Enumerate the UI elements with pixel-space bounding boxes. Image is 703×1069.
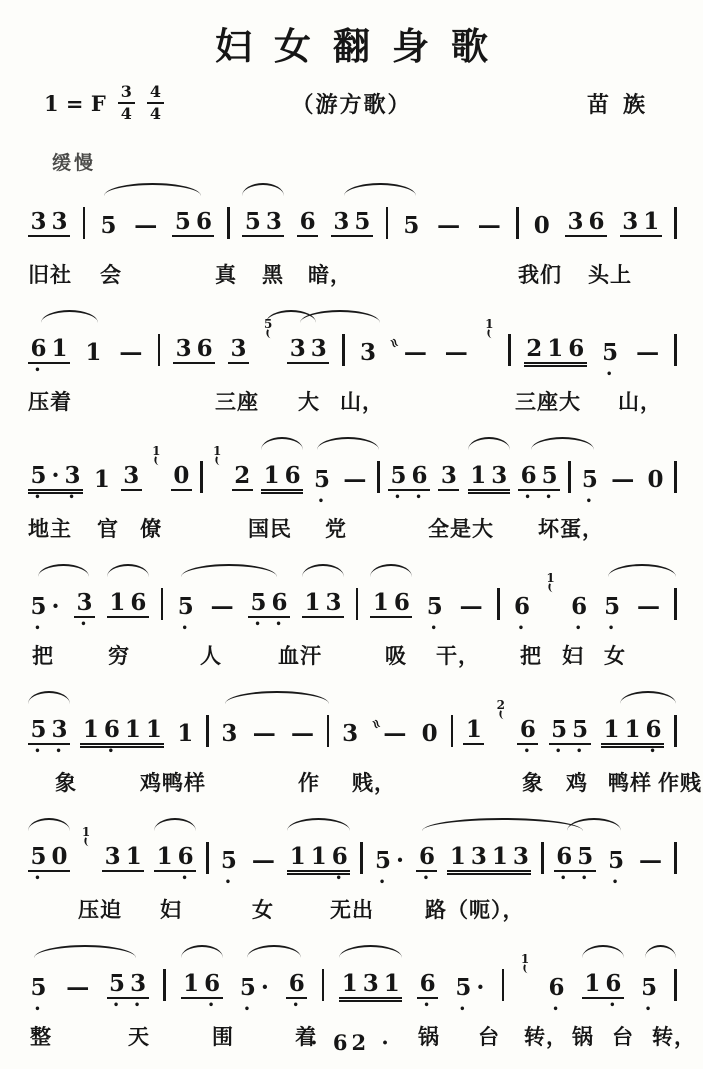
lyric-syllable: 人 [200, 644, 222, 669]
note-digit: 3 [340, 722, 361, 745]
note-group: 1 [91, 468, 112, 491]
music-line: 5•·3•165•—5•6•13165•—6•16•5•— 把穷人血汗吸干，把妇… [0, 558, 703, 672]
grace-note: 1 [521, 953, 529, 965]
octave-dot: • [415, 493, 423, 503]
octave-dot: • [649, 747, 657, 757]
note-group: 5•· [453, 976, 487, 999]
dash-note: — [249, 849, 277, 872]
slur [225, 691, 329, 704]
time-signature: 3 4 [118, 84, 135, 122]
lyric-syllable: 象 [522, 771, 544, 796]
note-digit: 3 [28, 210, 49, 233]
note-group: 1 [175, 722, 196, 745]
note-digit: 2 [232, 464, 253, 487]
time-sig-numerator: 3 [118, 84, 135, 104]
note-digit: 6• [643, 718, 664, 741]
note-digit: 1 [641, 210, 662, 233]
dash-note: — [289, 722, 317, 745]
tempo-marking: 缓慢 [52, 148, 703, 175]
octave-dot: • [524, 747, 532, 757]
note-digit: 1 [302, 591, 323, 614]
slur [645, 945, 676, 958]
dash-note: — [64, 976, 92, 999]
bar-line [377, 461, 380, 493]
note-digit: 6 [566, 337, 587, 360]
note-group: 35 [331, 210, 373, 237]
bar-line [502, 969, 505, 1001]
lyric-syllable: 作贱! [658, 771, 703, 796]
time-signature: 4 4 [147, 84, 164, 122]
notation-row: 5•—5•3•16•5•·6•1316•5•·16•16•5• [28, 939, 677, 1015]
note-group: 3 [228, 337, 249, 364]
lyrics-row: 地主官僚国民党全是大坏蛋， [0, 517, 703, 545]
note-group: 5•· [237, 976, 271, 999]
bar-line [674, 461, 677, 493]
note-digit: 6• [569, 595, 590, 618]
lyric-syllable: 女 [604, 644, 626, 669]
note-digit: — [341, 468, 369, 491]
lyric-syllable: 头上 [588, 263, 632, 288]
slur [302, 564, 344, 577]
slur [247, 945, 301, 958]
notation-row: 6•11—3635333≈——12165•— [28, 304, 677, 380]
music-line: 5•3•16•1113——3≈—0126•5•5•116• 象鸡鸭样作贱，象鸡鸭… [0, 685, 703, 799]
note-digit: 1 [622, 718, 643, 741]
song-title: 妇女翻身歌 [0, 0, 703, 74]
bar-line [158, 334, 161, 366]
note-digit: · [49, 595, 62, 618]
music-line: 335—56536355——03631 旧社会真黑暗，我们头上 [0, 177, 703, 291]
dash-note: — [381, 722, 409, 745]
octave-dot: • [34, 874, 42, 884]
note-digit: 3 [331, 210, 352, 233]
note-group: 5• [311, 468, 332, 491]
lyric-syllable: 血汗 [278, 644, 322, 669]
bar-line [674, 334, 677, 366]
lyrics-row: 压着三座大山，三座大山， [0, 390, 703, 418]
bar-line [674, 715, 677, 747]
octave-dot: • [379, 878, 387, 888]
dash-note: — [442, 341, 470, 364]
octave-dot: • [423, 1001, 431, 1011]
lyrics-row: 象鸡鸭样作贱，象鸡鸭样作贱! [0, 771, 703, 799]
note-group: 5•6• [388, 464, 430, 491]
note-digit: 1 [447, 845, 468, 868]
note-group: 6•5• [518, 464, 560, 491]
dash-note: — [341, 468, 369, 491]
note-digit: · [49, 464, 62, 487]
note-group: 5• [579, 468, 600, 491]
octave-dot: • [394, 493, 402, 503]
note-digit: 5• [107, 972, 128, 995]
note-group: 5• [602, 595, 623, 618]
octave-dot: • [609, 1001, 617, 1011]
bar-line [206, 842, 209, 874]
slur [107, 564, 149, 577]
slur [181, 564, 277, 577]
lyric-syllable: 官 [97, 517, 119, 542]
note-digit: 1 [339, 972, 360, 995]
note-digit: 3 [173, 337, 194, 360]
bar-line [327, 715, 330, 747]
bar-line [674, 969, 677, 1001]
note-digit: 0 [531, 214, 552, 237]
note-group: 1 [83, 341, 104, 364]
lyric-syllable: 作 [298, 771, 320, 796]
note-group: 5 [98, 214, 119, 237]
note-digit: 1 [287, 845, 308, 868]
note-digit: 1 [80, 718, 101, 741]
note-group: 216 [524, 337, 587, 364]
note-digit: 5• [248, 591, 269, 614]
lyric-syllable: 地主 [28, 517, 72, 542]
note-digit: 3 [323, 591, 344, 614]
note-digit: — [435, 214, 463, 237]
octave-dot: • [560, 874, 568, 884]
note-digit: 6• [101, 718, 122, 741]
octave-dot: • [55, 747, 63, 757]
slur [28, 691, 70, 704]
note-digit: 6 [297, 210, 318, 233]
note-group: 0 [171, 464, 192, 491]
note-digit: 1 [468, 464, 489, 487]
note-group: 5•5• [549, 718, 591, 745]
bar-line [200, 461, 203, 493]
note-digit: 3 [287, 337, 308, 360]
note-group: 16•11 [80, 718, 164, 745]
note-digit: — [475, 214, 503, 237]
octave-dot: • [431, 624, 439, 634]
header-row: 1 = F 3 4 4 4 （游方歌） 苗族 [0, 74, 703, 122]
notation-row: 5•013116•5•—116•5•·6•13136•5•5•— [28, 812, 677, 888]
note-digit: 3 [263, 210, 284, 233]
note-group: 3 [438, 464, 459, 491]
octave-dot: • [134, 1001, 142, 1011]
note-digit: 0 [49, 845, 70, 868]
note-digit: 5 [352, 210, 373, 233]
note-digit: 6• [269, 591, 290, 614]
note-digit: · [258, 976, 271, 999]
note-digit: — [250, 722, 278, 745]
note-digit: 1 [601, 718, 622, 741]
slur [104, 183, 201, 196]
note-digit: 5• [639, 976, 660, 999]
octave-dot: • [555, 747, 563, 757]
slur [34, 945, 136, 958]
octave-dot: • [244, 1005, 252, 1015]
note-digit: — [117, 341, 145, 364]
note-digit: 6• [546, 976, 567, 999]
note-digit: — [289, 722, 317, 745]
dash-note: — [117, 341, 145, 364]
note-digit: · [394, 849, 407, 872]
note-group: 13 [468, 464, 510, 491]
note-digit: — [635, 595, 663, 618]
note-digit: 1 [154, 845, 175, 868]
note-digit: 5• [388, 464, 409, 487]
note-digit: 1 [545, 337, 566, 360]
lyric-syllable: 僚 [140, 517, 162, 542]
note-digit: 1 [582, 972, 603, 995]
note-group: 3 [121, 464, 142, 491]
bar-line [568, 461, 571, 493]
note-digit: 6• [511, 595, 532, 618]
note-digit: 3 [438, 464, 459, 487]
octave-dot: • [645, 1005, 653, 1015]
lyric-syllable: 穷 [108, 644, 130, 669]
bar-line [516, 207, 519, 239]
dash-note: — [475, 214, 503, 237]
note-group: 5•0 [28, 845, 70, 872]
note-digit: — [442, 341, 470, 364]
note-group: 31 [102, 845, 144, 872]
octave-dot: • [423, 874, 431, 884]
note-group: 16 [261, 464, 303, 491]
lyric-syllable: 鸡 [566, 771, 588, 796]
note-digit: 6• [416, 845, 437, 868]
note-group: 5•· [28, 595, 62, 618]
lyric-syllable: 象 [55, 771, 77, 796]
slur [41, 310, 98, 323]
lyric-syllable: 国民 [248, 517, 292, 542]
note-group: 131 [339, 972, 402, 999]
note-group: 6• [286, 972, 307, 999]
octave-dot: • [581, 874, 589, 884]
note-digit: 5• [218, 849, 239, 872]
bar-line [342, 334, 345, 366]
note-digit: 5• [28, 845, 49, 868]
note-group: 2 [232, 464, 253, 491]
note-digit: 1 [91, 468, 112, 491]
dash-note: — [634, 341, 662, 364]
note-digit: 1 [49, 337, 70, 360]
lyric-syllable: 旧社 [28, 263, 72, 288]
note-digit: 3 [489, 464, 510, 487]
lyric-syllable: 三座大 [515, 390, 581, 415]
bar-line [508, 334, 511, 366]
octave-dot: • [181, 874, 189, 884]
note-digit: 1 [370, 591, 391, 614]
note-digit: 5 [242, 210, 263, 233]
note-group: 5• [218, 849, 239, 872]
lyric-syllable: 暗， [308, 263, 352, 288]
lyric-syllable: 无出 [330, 898, 374, 923]
note-digit: 5• [539, 464, 560, 487]
lyrics-row: 旧社会真黑暗，我们头上 [0, 263, 703, 291]
note-digit: 5 [401, 214, 422, 237]
bar-line [227, 207, 230, 239]
note-digit: 5• [606, 849, 627, 872]
note-group: 0 [645, 468, 666, 491]
slur [422, 818, 583, 831]
lyric-syllable: 大 [298, 390, 320, 415]
bar-line [541, 842, 544, 874]
bar-line [674, 588, 677, 620]
note-group: 0 [531, 214, 552, 237]
lyric-syllable: 吸 [385, 644, 407, 669]
note-group: 5•· [373, 849, 407, 872]
lyric-syllable: 路（呃）， [425, 898, 525, 923]
notation-row: 5•3•16•1113——3≈—0126•5•5•116• [28, 685, 677, 761]
note-digit: 0 [645, 468, 666, 491]
glissando-mark: ≈ [376, 335, 401, 355]
octave-dot: • [576, 747, 584, 757]
note-group: 6• [517, 718, 538, 745]
octave-dot: • [68, 493, 76, 503]
lyric-syllable: 妇 [160, 898, 182, 923]
notation-row: 5•·3•131012165•—5•6•3136•5•5•—0 [28, 431, 677, 507]
slur [38, 564, 89, 577]
lyric-syllable: 我们 [518, 263, 562, 288]
slur [28, 818, 70, 831]
slur [608, 564, 676, 577]
slur [154, 818, 196, 831]
note-digit: 5• [175, 595, 196, 618]
note-digit: 1 [381, 972, 402, 995]
lyrics-row: 压迫妇女无出路（呃）， [0, 898, 703, 926]
octave-dot: • [34, 747, 42, 757]
note-group: 36 [565, 210, 607, 237]
bar-line [161, 588, 164, 620]
note-group: 13 [302, 591, 344, 618]
note-group: 16 [370, 591, 412, 618]
music-line: 6•11—3635333≈——12165•— 压着三座大山，三座大山， [0, 304, 703, 418]
note-group: 5• [639, 976, 660, 999]
note-digit: 3• [49, 718, 70, 741]
note-digit: 3• [74, 591, 95, 614]
lyric-syllable: 鸭样 [608, 771, 652, 796]
lyric-syllable: 贱， [352, 771, 396, 796]
note-digit: 5• [453, 976, 474, 999]
note-digit: 5• [28, 464, 49, 487]
note-group: 6•1 [28, 337, 70, 364]
note-group: 5•·3• [28, 464, 83, 491]
octave-dot: • [612, 878, 620, 888]
octave-dot: • [586, 497, 594, 507]
octave-dot: • [293, 1001, 301, 1011]
note-group: 0 [419, 722, 440, 745]
note-digit: 6• [518, 464, 539, 487]
slur [339, 945, 402, 958]
lyric-syllable: 鸡鸭样 [140, 771, 206, 796]
lyric-syllable: 妇 [562, 644, 584, 669]
note-digit: — [457, 595, 485, 618]
note-digit: 1 [489, 845, 510, 868]
lyric-syllable: 全是大 [428, 517, 494, 542]
note-group: 36 [173, 337, 215, 364]
note-digit: 3 [510, 845, 531, 868]
note-group: 116• [601, 718, 664, 745]
dash-note: — [635, 595, 663, 618]
dash-note: — [208, 595, 236, 618]
note-digit: 1 [122, 718, 143, 741]
note-digit: 5• [28, 595, 49, 618]
lyric-syllable: 党 [325, 517, 347, 542]
note-digit: 6• [202, 972, 223, 995]
slur [261, 437, 303, 450]
slur [370, 564, 412, 577]
note-group: 31 [620, 210, 662, 237]
note-group: 33 [28, 210, 70, 237]
note-digit: 6• [417, 972, 438, 995]
bar-line [674, 842, 677, 874]
slur [468, 437, 510, 450]
note-digit: 3 [308, 337, 329, 360]
grace-note: 1 [152, 445, 160, 457]
lyric-syllable: 坏蛋， [538, 517, 604, 542]
bar-line [386, 207, 389, 239]
octave-dot: • [182, 624, 190, 634]
note-digit: 5• [311, 468, 332, 491]
note-group: 6•5• [554, 845, 596, 872]
bar-line [356, 588, 359, 620]
note-group: 6• [569, 595, 590, 618]
slur [620, 691, 676, 704]
note-digit: 6• [28, 337, 49, 360]
time-sig-denominator: 4 [150, 104, 161, 122]
dash-note: — [435, 214, 463, 237]
note-group: 5•6• [248, 591, 290, 618]
octave-dot: • [34, 1005, 42, 1015]
octave-dot: • [34, 493, 42, 503]
note-group: 3≈ [358, 341, 389, 364]
note-digit: 1 [181, 972, 202, 995]
note-group: 1313 [447, 845, 531, 872]
note-digit: 3 [468, 845, 489, 868]
ethnic-credit: 苗族 [587, 88, 659, 119]
note-digit: 3 [360, 972, 381, 995]
octave-dot: • [552, 1005, 560, 1015]
note-digit: 3 [121, 464, 142, 487]
note-group: 5•3• [107, 972, 149, 999]
music-line: 5•013116•5•—116•5•·6•13136•5•5•— 压迫妇女无出路… [0, 812, 703, 926]
note-digit: 6 [194, 337, 215, 360]
octave-dot: • [608, 624, 616, 634]
note-group: 116• [287, 845, 350, 872]
octave-dot: • [524, 493, 532, 503]
note-digit: 3 [228, 337, 249, 360]
note-digit: 0 [419, 722, 440, 745]
note-digit: 2 [524, 337, 545, 360]
note-digit: 5• [373, 849, 394, 872]
octave-dot: • [208, 1001, 216, 1011]
note-group: 5• [424, 595, 445, 618]
lyric-syllable: 把 [520, 644, 542, 669]
note-digit: 5• [575, 845, 596, 868]
octave-dot: • [108, 747, 116, 757]
note-digit: 1 [308, 845, 329, 868]
note-group: 5 [401, 214, 422, 237]
note-digit: 5• [28, 718, 49, 741]
note-digit: 6 [586, 210, 607, 233]
note-digit: — [208, 595, 236, 618]
note-digit: 5• [570, 718, 591, 741]
note-digit: 3 [565, 210, 586, 233]
grace-note: 1 [546, 572, 554, 584]
note-digit: 6• [286, 972, 307, 995]
note-digit: — [64, 976, 92, 999]
note-digit: 6• [603, 972, 624, 995]
octave-dot: • [113, 1001, 121, 1011]
octave-dot: • [518, 624, 526, 634]
note-digit: 1 [463, 718, 484, 741]
note-digit: 3 [102, 845, 123, 868]
octave-dot: • [254, 620, 262, 630]
lyrics-row: 把穷人血汗吸干，把妇女 [0, 644, 703, 672]
lyric-syllable: 女 [252, 898, 274, 923]
lyric-syllable: 干， [436, 644, 480, 669]
octave-dot: • [606, 370, 614, 380]
